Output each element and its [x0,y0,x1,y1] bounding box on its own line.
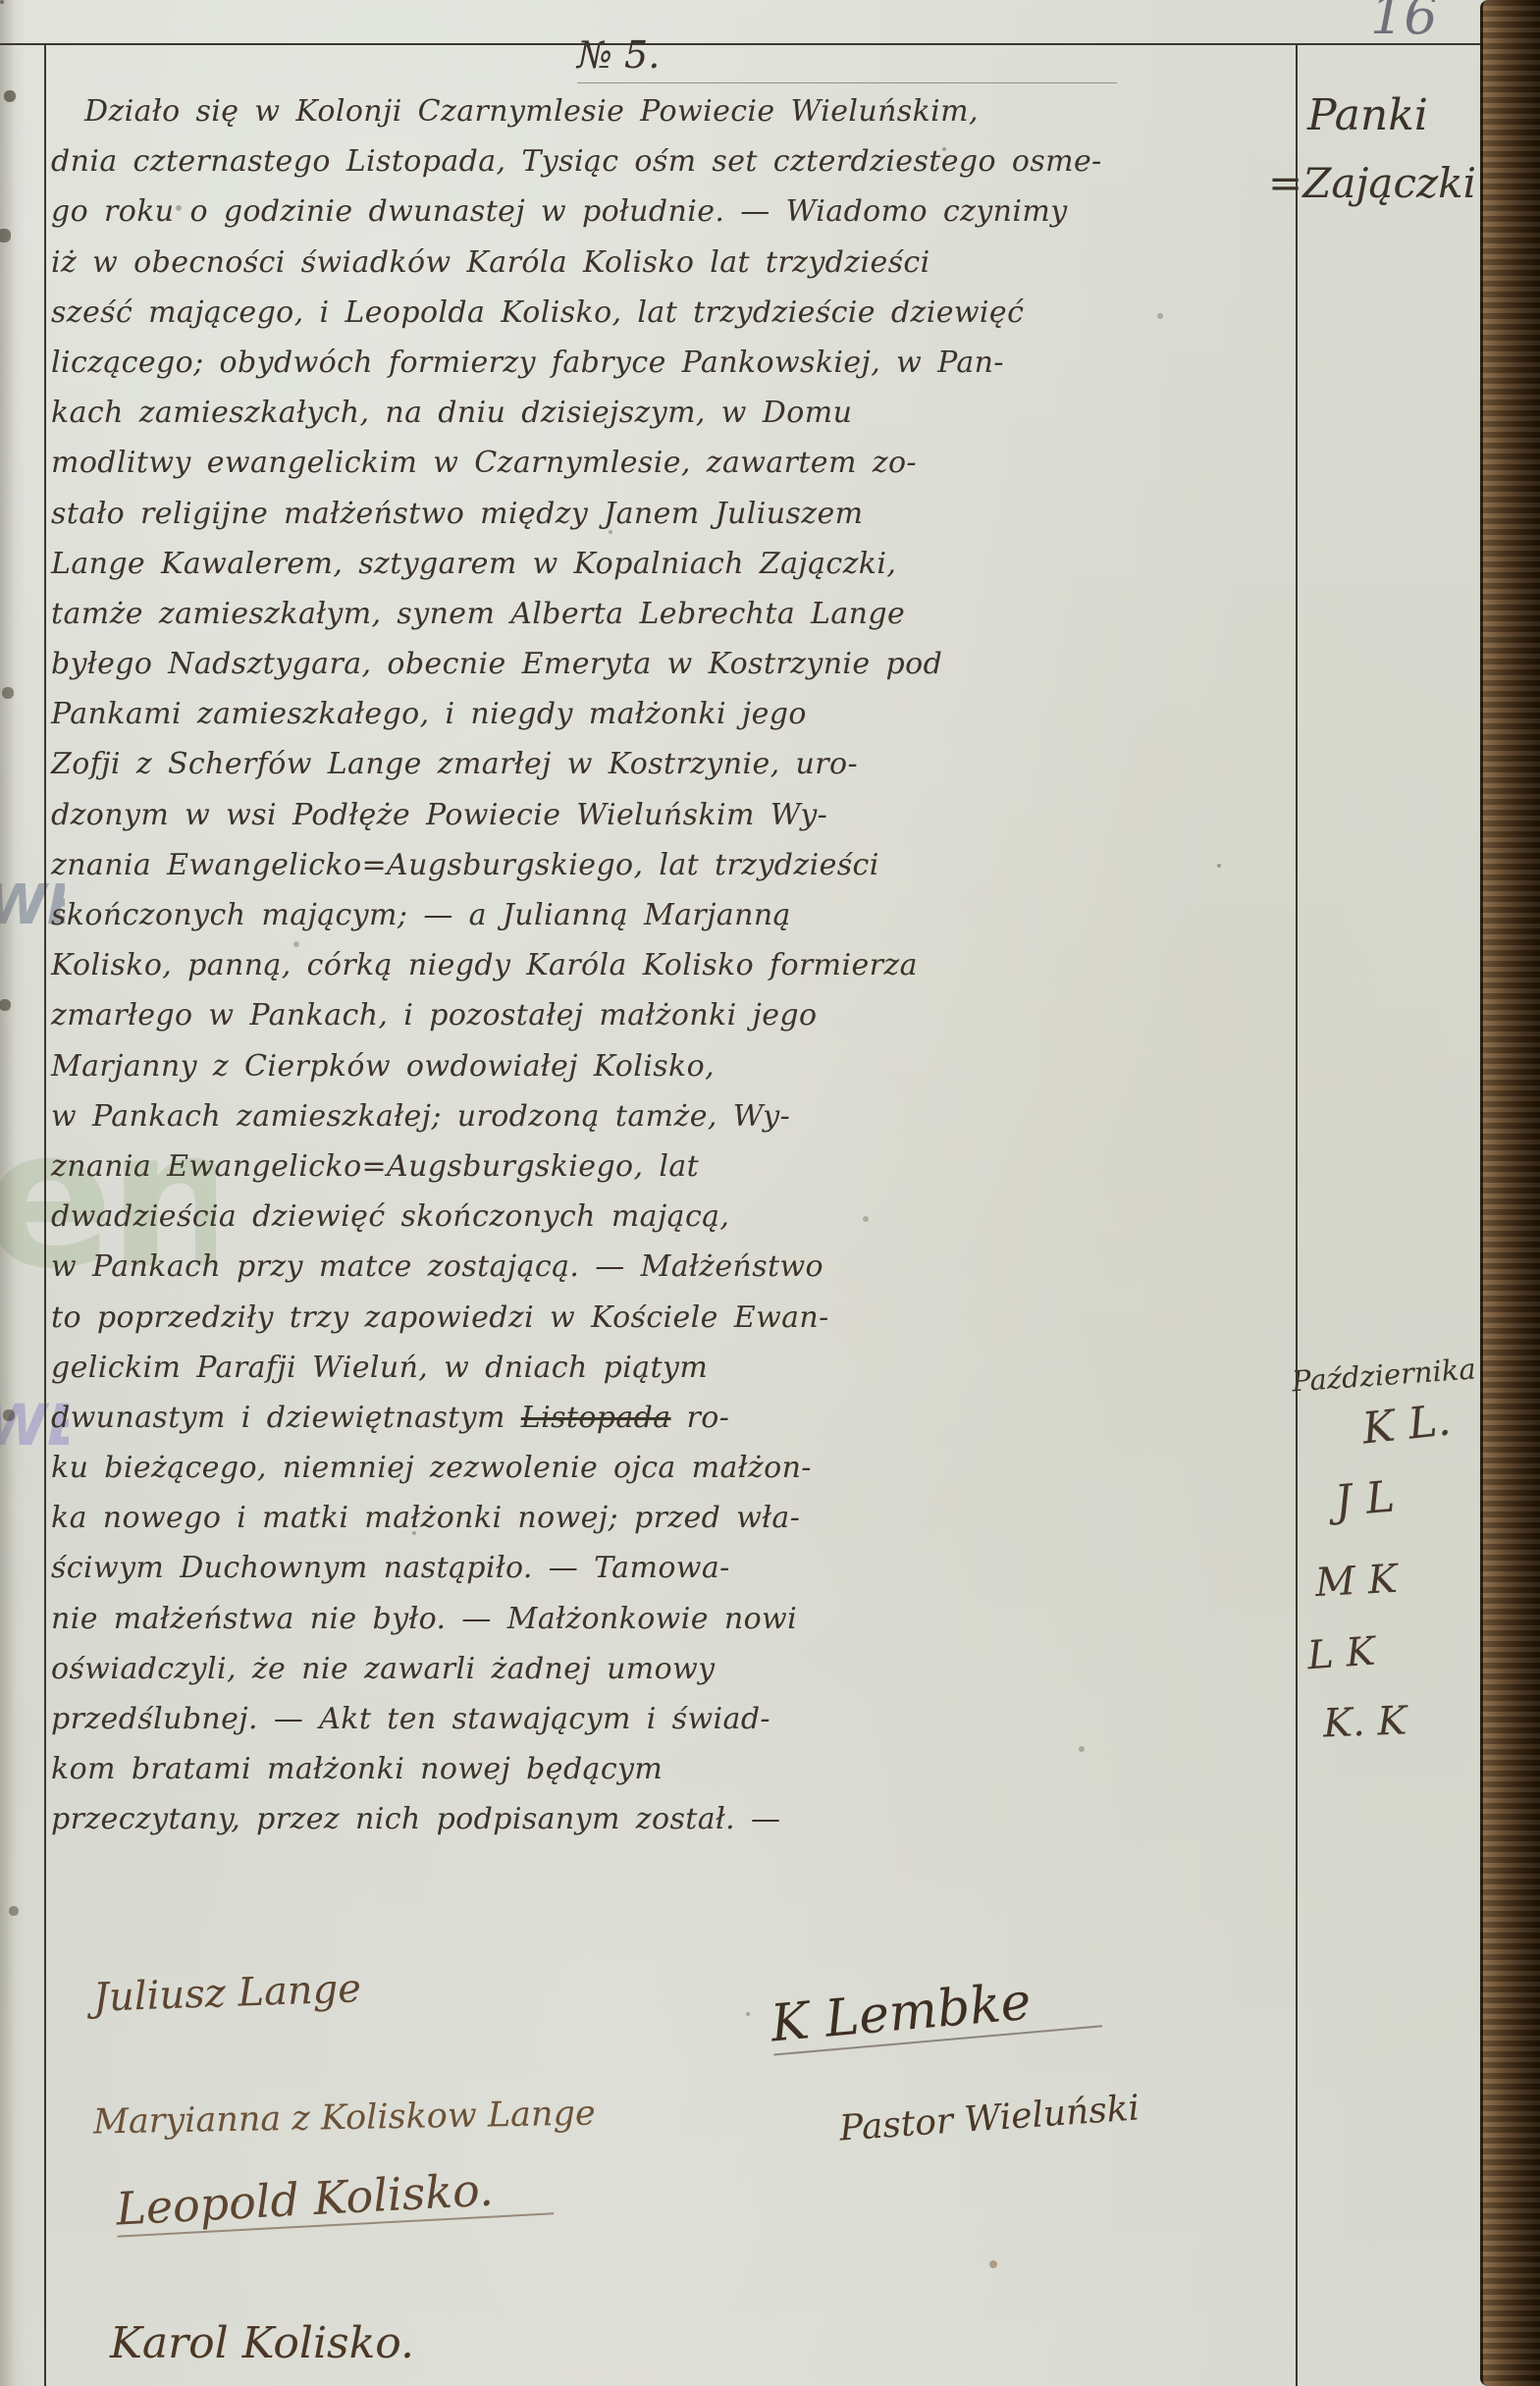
record-line: zmarłego w Pankach, i pozostałej małżonk… [51,990,1294,1040]
record-line: ka nowego i matki małżonki nowej; przed … [51,1493,1294,1543]
margin-month-correction: Października [1291,1352,1477,1398]
top-rule-line [0,43,1487,45]
margin-initials: J L [1333,1471,1397,1526]
record-line: Działo się w Kolonji Czarnymlesie Powiec… [51,86,1294,136]
record-line: nie małżeństwa nie było. — Małżonkowie n… [51,1594,1294,1644]
record-line: w Pankach przy matce zostającą. — Małżeń… [51,1242,1294,1292]
signature-witness-karol: Karol Kolisko. [110,2318,414,2368]
left-margin-rule [44,43,46,2386]
record-line: Kolisko, panną, córką niegdy Karóla Koli… [51,940,1294,990]
record-line: dwadzieścia dziewięć skończonych mającą, [51,1192,1294,1242]
margin-initials: K L. [1360,1395,1454,1454]
margin-place-name: Panki [1307,90,1428,140]
act-number: № 5. [577,33,660,77]
signature-pastor: K Lembke [769,1966,1102,2055]
margin-place-name: =Zajączki [1268,159,1476,207]
record-line: w Pankach zamieszkałej; urodzoną tamże, … [51,1091,1294,1141]
record-line: kach zamieszkałych, na dniu dzisiejszym,… [51,388,1294,438]
record-line: dnia czternastego Listopada, Tysiąc ośm … [51,136,1294,186]
paper-left-edge [0,0,26,2386]
record-line: kom bratami małżonki nowej będącym [51,1744,1294,1794]
record-line: Lange Kawalerem, sztygarem w Kopalniach … [51,539,1294,589]
record-line: ku bieżącego, niemniej zezwolenie ojca m… [51,1443,1294,1493]
record-line: Zofji z Scherfów Lange zmarłej w Kostrzy… [51,739,1294,789]
record-line: dzonym w wsi Podłęże Powiecie Wieluńskim… [51,790,1294,840]
signature-groom: Juliusz Lange [92,1966,361,2020]
record-line: Marjanny z Cierpków owdowiałej Kolisko, [51,1041,1294,1091]
record-line: go roku o godzinie dwunastej w południe.… [51,186,1294,237]
record-line: skończonych mającym; — a Julianną Marjan… [51,890,1294,940]
record-line: Pankami zamieszkałego, i niegdy małżonki… [51,689,1294,739]
record-line: oświadczyli, że nie zawarli żadnej umowy [51,1644,1294,1694]
record-line: przeczytany, przez nich podpisanym zosta… [51,1794,1294,1844]
record-line: znania Ewangelicko=Augsburgskiego, lat t… [51,840,1294,890]
record-line: gelickim Parafji Wieluń, w dniach piątym [51,1343,1294,1393]
record-line: iż w obecności świadków Karóla Kolisko l… [51,238,1294,288]
signature-bride: Maryianna z Koliskow Lange [93,2094,596,2143]
signature-pastor-title: Pastor Wieluński [838,2088,1141,2148]
header-underline [577,82,1117,83]
record-line: tamże zamieszkałym, synem Alberta Lebrec… [51,589,1294,639]
record-line-with-correction: dwunastym i dziewiętnastym Listopada ro- [51,1393,1294,1443]
record-line: znania Ewangelicko=Augsburgskiego, lat [51,1141,1294,1192]
record-line: przedślubnej. — Akt ten stawającym i świ… [51,1694,1294,1744]
annotation-column-rule [1296,43,1298,2386]
margin-initials: L K [1305,1629,1376,1679]
record-body: Działo się w Kolonji Czarnymlesie Powiec… [51,86,1294,1845]
record-line: ściwym Duchownym nastąpiło. — Tamowa- [51,1543,1294,1593]
record-text: ro- [671,1401,730,1435]
margin-initials: K. K [1322,1699,1407,1747]
record-line: stało religijne małżeństwo między Janem … [51,489,1294,539]
margin-initials: M K [1314,1557,1399,1606]
record-text: dwunastym i dziewiętnastym [51,1401,521,1435]
record-line: byłego Nadsztygara, obecnie Emeryta w Ko… [51,639,1294,689]
signature-witness-leopold: Leopold Kolisko. [115,2159,554,2237]
record-line: to poprzedziły trzy zapowiedzi w Kościel… [51,1293,1294,1343]
record-line: sześć mającego, i Leopolda Kolisko, lat … [51,288,1294,338]
registry-page-scan: genealodzy.pl WE WE 16 № 5. Panki =Zając… [0,0,1540,2386]
paper-specks [0,0,4,4]
record-line: liczącego; obydwóch formierzy fabryce Pa… [51,338,1294,388]
struck-word: Listopada [521,1401,671,1435]
page-number: 16 [1370,0,1438,46]
record-line: modlitwy ewangelickim w Czarnymlesie, za… [51,438,1294,488]
book-binding-edge [1480,0,1540,2386]
